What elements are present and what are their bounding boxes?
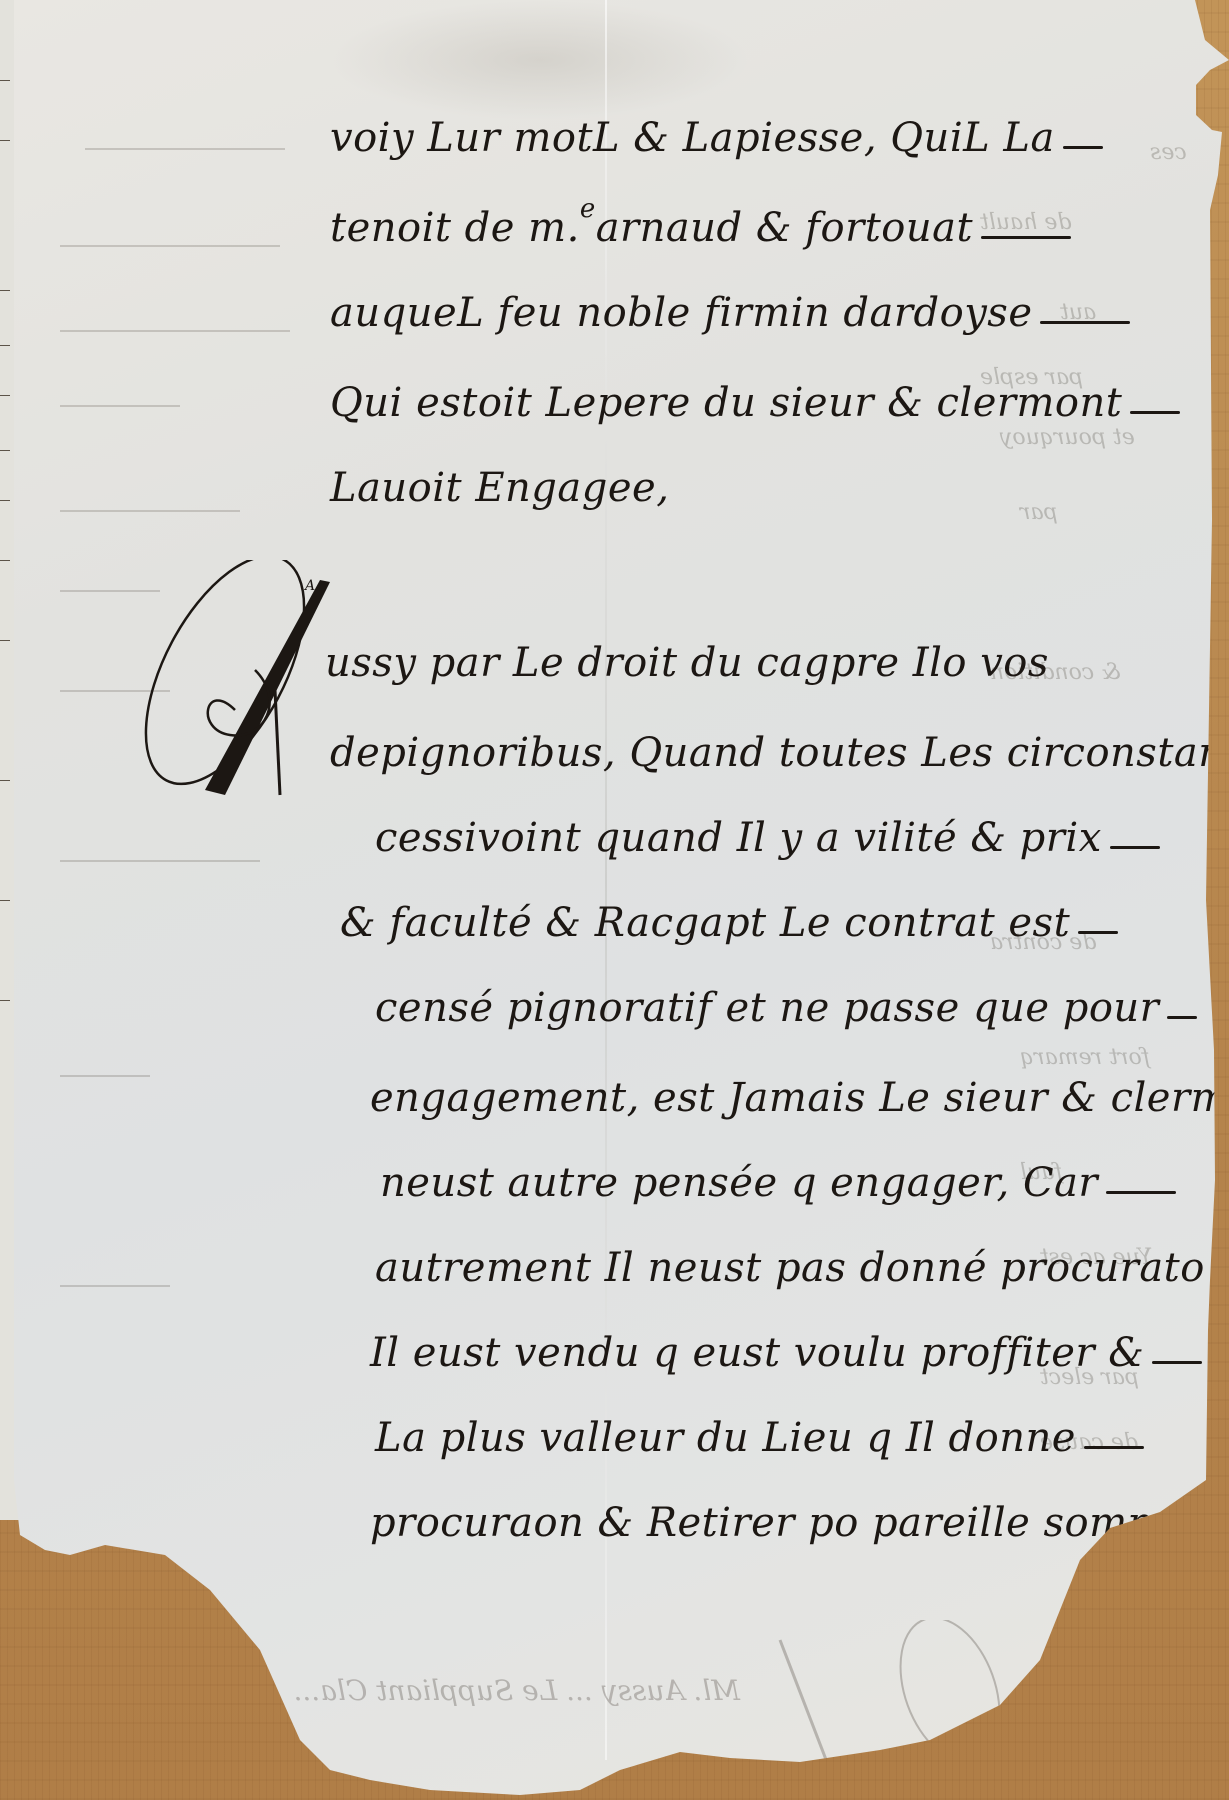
ruler-tick (0, 450, 10, 451)
line-filler-stroke (981, 236, 1071, 239)
line-text: cessivoint quand Il y a vilité & prix (375, 815, 1102, 861)
line-filler-stroke (1063, 146, 1103, 149)
manuscript-line-14: Il eust vendu q eust voulu proffiter & (370, 1330, 1202, 1376)
svg-text:A: A (303, 578, 315, 594)
bleed-through-text: par (1020, 500, 1058, 525)
manuscript-line-5: Lauoit Engagee, (330, 465, 669, 511)
ruler-tick (0, 1000, 10, 1001)
bleed-through-line (85, 148, 285, 150)
line-text: autrement Il neust pas donné procurato (375, 1245, 1205, 1291)
line-text: tenoit de m. (330, 205, 580, 251)
line-text: & faculté & Racgapt Le contrat est (340, 900, 1070, 946)
line-filler-stroke (1078, 931, 1118, 934)
manuscript-line-1: voiy Lur motL & Lapiesse, QuiL La (330, 115, 1103, 161)
paper-crease (605, 0, 607, 1760)
bleed-through-signature: Ml. Aussy ... Le Suppliant Cla... (180, 1620, 1040, 1780)
line-text: La plus valleur du Lieu q Il donne (375, 1415, 1076, 1461)
ruler-tick (0, 640, 10, 641)
manuscript-line-12: neust autre pensée q engager, Car (380, 1160, 1176, 1206)
bleed-through-line (60, 510, 240, 512)
manuscript-line-2: tenoit de m.e arnaud & fortouat (330, 205, 1071, 251)
bleed-through-line (60, 330, 290, 332)
line-text: auqueL feu noble firmin dardoyse (330, 290, 1032, 336)
manuscript-line-6: ussy par Le droit du cagpre Ilo vos (325, 640, 1049, 686)
bleed-through-text: ces (1150, 140, 1187, 165)
manuscript-line-7: depignoribus, Quand toutes Les circonsta… (330, 730, 1229, 776)
paper-fold-shadow (330, 0, 750, 120)
ruler-tick (0, 80, 10, 81)
ruler-tick (0, 900, 10, 901)
bleed-through-line (60, 405, 180, 407)
line-filler-stroke (1110, 846, 1160, 849)
line-text: procuraon & Retirer po pareille somme, (370, 1500, 1203, 1546)
decorated-initial-letter: A (135, 560, 355, 800)
manuscript-line-8: cessivoint quand Il y a vilité & prix (375, 815, 1160, 861)
line-text: Il eust vendu q eust voulu proffiter & (370, 1330, 1144, 1376)
ruler-tick (0, 500, 10, 501)
line-text: Lauoit Engagee, (330, 465, 669, 511)
svg-text:Ml. Aussy ... Le Suppliant Cla: Ml. Aussy ... Le Suppliant Cla... (294, 1674, 741, 1707)
manuscript-line-3: auqueL feu noble firmin dardoyse (330, 290, 1130, 336)
line-text: neust autre pensée q engager, Car (380, 1160, 1098, 1206)
line-filler-stroke (1167, 1016, 1197, 1019)
bleed-through-line (60, 245, 280, 247)
line-text: censé pignoratif et ne passe que pour (375, 985, 1159, 1031)
bleed-through-text: fort remarq (1020, 1045, 1150, 1070)
manuscript-line-10: censé pignoratif et ne passe que pour (375, 985, 1197, 1031)
bleed-through-line (60, 860, 260, 862)
ruler-tick (0, 560, 10, 561)
ruler-tick (0, 140, 10, 141)
line-filler-stroke (1130, 411, 1180, 414)
manuscript-line-9: & faculté & Racgapt Le contrat est (340, 900, 1118, 946)
bleed-through-line (60, 1285, 170, 1287)
line-filler-stroke (1040, 321, 1130, 324)
manuscript-line-13: autrement Il neust pas donné procurato (375, 1245, 1205, 1291)
manuscript-page: ces de hault aut par esple et pourquoy p… (0, 0, 1229, 1800)
bleed-through-text: et pourquoy (1000, 425, 1135, 450)
line-filler-stroke (1152, 1361, 1202, 1364)
line-text: voiy Lur motL & Lapiesse, QuiL La (330, 115, 1055, 161)
superscript: e (580, 194, 596, 224)
manuscript-line-15: La plus valleur du Lieu q Il donne (375, 1415, 1144, 1461)
ruler-tick (0, 395, 10, 396)
ruler-tick (0, 345, 10, 346)
manuscript-line-4: Qui estoit Lepere du sieur & clermont (330, 380, 1180, 426)
ruler-tick (0, 780, 10, 781)
bleed-through-line (120, 1660, 260, 1662)
ruler-tick (0, 290, 10, 291)
line-text: Qui estoit Lepere du sieur & clermont (330, 380, 1122, 426)
line-text: ussy par Le droit du cagpre Ilo vos (325, 640, 1049, 686)
line-text: arnaud & fortouat (596, 205, 973, 251)
line-text: depignoribus, Quand toutes Les circonsta… (330, 730, 1229, 776)
manuscript-line-16: procuraon & Retirer po pareille somme, (370, 1500, 1203, 1546)
line-filler-stroke (1106, 1191, 1176, 1194)
manuscript-line-11: engagement, est Jamais Le sieur & clermo… (370, 1075, 1229, 1121)
line-text: engagement, est Jamais Le sieur & clermo… (370, 1075, 1229, 1121)
bleed-through-line (60, 1075, 150, 1077)
line-filler-stroke (1084, 1446, 1144, 1449)
